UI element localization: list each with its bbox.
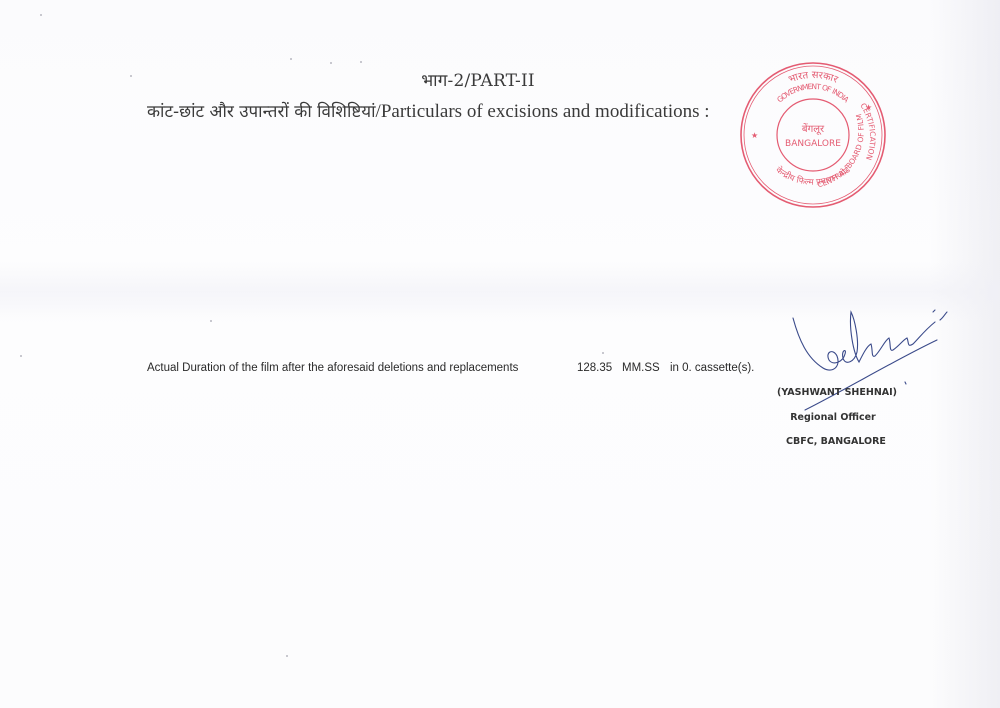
part-heading-text: भाग-2/PART-II [421, 71, 535, 91]
scan-speck [360, 61, 362, 63]
duration-value: 128.35 [577, 362, 612, 374]
svg-text:GOVERNMENT OF INDIA: GOVERNMENT OF INDIA [775, 82, 851, 105]
stamp-center-english: BANGALORE [785, 139, 841, 149]
duration-label: Actual Duration of the film after the af… [147, 362, 518, 374]
signatory-name: (YASHWANT SHEHNAI) [772, 387, 902, 398]
scan-speck [130, 75, 132, 77]
stamp-center-hindi: बेंगलूर [802, 123, 825, 135]
signatory-title: Regional Officer [768, 412, 898, 423]
scan-speck [330, 62, 332, 64]
handwritten-signature [785, 300, 955, 420]
duration-unit: MM.SS [622, 362, 660, 374]
scan-speck [602, 352, 604, 354]
cbfc-official-stamp: भारत सरकार केन्द्रीय फिल्म प्रमाणन बोर्ड… [738, 60, 888, 210]
particulars-heading-english: /Particulars of excisions and modificati… [376, 101, 710, 122]
signatory-office: CBFC, BANGALORE [771, 436, 901, 447]
scanned-certificate-page: भाग-2/PART-II कांट-छांट और उपान्तरों की … [0, 0, 1000, 708]
particulars-heading: कांट-छांट और उपान्तरों की विशिष्टियां/Pa… [147, 99, 710, 123]
scan-speck [286, 655, 288, 657]
scan-speck [210, 320, 212, 322]
scan-speck [290, 58, 292, 60]
svg-text:★: ★ [751, 131, 758, 140]
scan-speck [20, 355, 22, 357]
particulars-heading-hindi: कांट-छांट और उपान्तरों की विशिष्टियां [147, 102, 376, 122]
duration-cassette-count: in 0. cassette(s). [670, 362, 754, 374]
scan-speck [40, 14, 42, 16]
